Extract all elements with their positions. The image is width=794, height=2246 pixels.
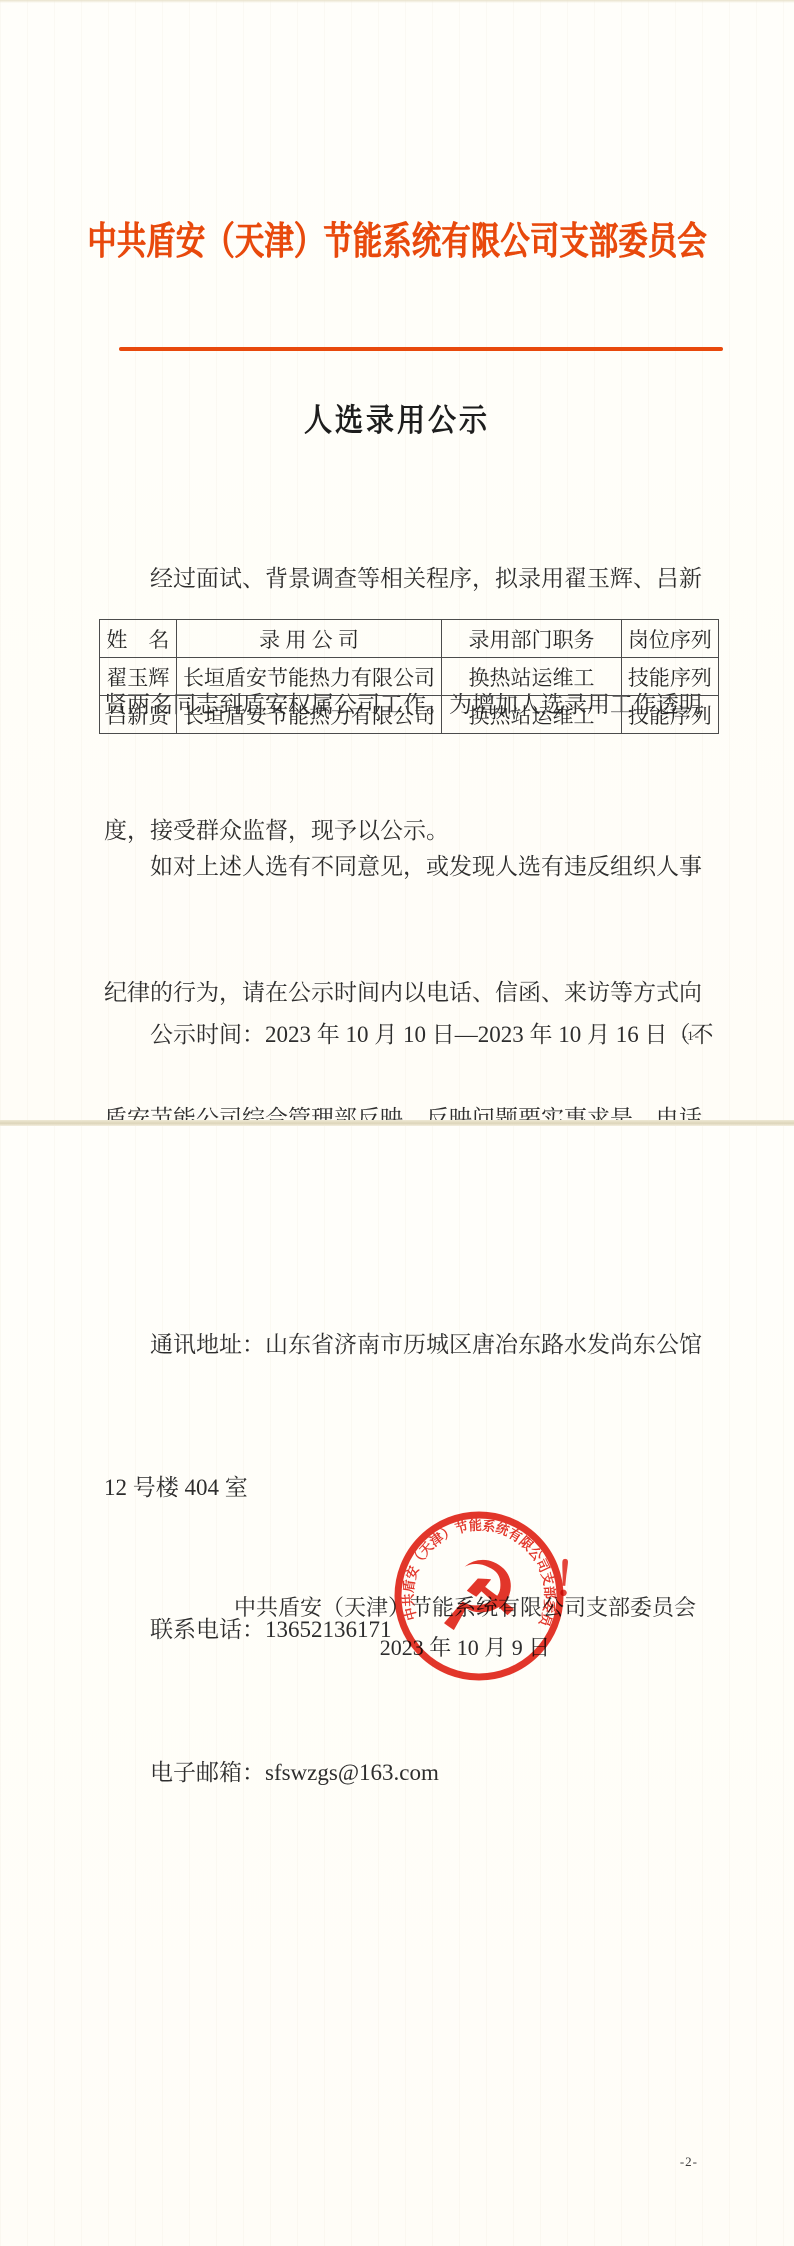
cell-name: 吕新贤 [100, 696, 177, 734]
header-cell-company: 录 用 公 司 [176, 620, 442, 658]
cell-position: 换热站运维工 [442, 658, 622, 696]
scanned-document: 中共盾安（天津）节能系统有限公司支部委员会 人选录用公示 经过面试、背景调查等相… [0, 0, 794, 2246]
official-stamp: 中共盾安（天津）节能系统有限公司支部委员会 ☭ [391, 1508, 567, 1684]
stamp-graphic: 中共盾安（天津）节能系统有限公司支部委员会 ☭ [391, 1508, 567, 1684]
cell-company: 长垣盾安节能热力有限公司 [176, 696, 442, 734]
header-cell-name: 姓 名 [100, 620, 177, 658]
cell-series: 技能序列 [621, 696, 718, 734]
contact-email-line: 电子邮箱：sfswzgs@163.com [104, 1749, 724, 1797]
paragraph-line: 经过面试、背景调查等相关程序，拟录用翟玉辉、吕新 [104, 558, 724, 600]
cell-company: 长垣盾安节能热力有限公司 [176, 658, 442, 696]
contact-address-line: 通讯地址：山东省济南市历城区唐冶东路水发尚东公馆 [104, 1321, 724, 1369]
cell-name: 翟玉辉 [100, 658, 177, 696]
table-header-row: 姓 名 录 用 公 司 录用部门职务 岗位序列 [100, 620, 719, 658]
page-1: 中共盾安（天津）节能系统有限公司支部委员会 人选录用公示 经过面试、背景调查等相… [0, 0, 794, 1120]
document-title: 人选录用公示 [0, 396, 794, 441]
header-cell-series: 岗位序列 [621, 620, 718, 658]
table-row: 翟玉辉 长垣盾安节能热力有限公司 换热站运维工 技能序列 [100, 658, 719, 696]
page-number: -2- [680, 2154, 698, 2170]
header-cell-position: 录用部门职务 [442, 620, 622, 658]
paragraph-line: 公示时间：2023 年 10 月 10 日—2023 年 10 月 16 日（不 [104, 1014, 724, 1056]
page-number: -1- [682, 1028, 700, 1044]
cell-series: 技能序列 [621, 658, 718, 696]
hammer-sickle-icon: ☭ [436, 1541, 522, 1653]
stamp-exclamation-mark: ！ [551, 1543, 600, 1611]
paragraph-line: 如对上述人选有不同意见，或发现人选有违反组织人事 [104, 846, 724, 888]
cell-position: 换热站运维工 [442, 696, 622, 734]
table-row: 吕新贤 长垣盾安节能热力有限公司 换热站运维工 技能序列 [100, 696, 719, 734]
letterhead-divider-line [119, 347, 723, 351]
contact-address-line: 12 号楼 404 室 [104, 1464, 724, 1512]
letterhead-org-name: 中共盾安（天津）节能系统有限公司支部委员会 [0, 212, 794, 266]
candidates-table: 姓 名 录 用 公 司 录用部门职务 岗位序列 翟玉辉 长垣盾安节能热力有限公司… [99, 619, 719, 734]
page-2: 通讯地址：山东省济南市历城区唐冶东路水发尚东公馆 12 号楼 404 室 联系电… [0, 1126, 794, 2246]
scan-edge [0, 0, 794, 3]
